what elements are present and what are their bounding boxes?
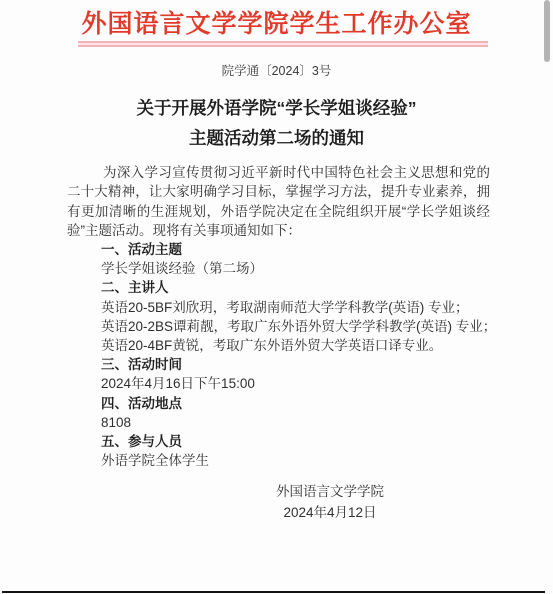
signature-org: 外国语言文学学院 (240, 481, 420, 502)
speaker-line-2: 英语20-2BS谭莉靓，考取广东外语外贸大学学科教学(英语) 专业； (101, 317, 501, 336)
speaker-line-3: 英语20-4BF黄锐，考取广东外语外贸大学英语口译专业。 (101, 336, 501, 355)
office-header-title: 外国语言文学学院学生工作办公室 (0, 8, 553, 41)
section-heading-participants: 五、参与人员 (101, 432, 501, 451)
section-location-content: 8108 (101, 413, 501, 432)
scrollbar-thumb[interactable] (544, 0, 550, 62)
speaker-line-1: 英语20-5BF刘欣玥，考取湖南师范大学学科教学(英语) 专业； (101, 298, 501, 317)
document-number: 院学通〔2024〕3号 (0, 62, 553, 80)
signature-block: 外国语言文学学院 2024年4月12日 (240, 481, 420, 523)
notice-title-line2: 主题活动第二场的通知 (0, 123, 553, 153)
signature-date: 2024年4月12日 (240, 502, 420, 523)
section-time-content: 2024年4月16日下午15:00 (101, 374, 501, 393)
section-heading-theme: 一、活动主题 (101, 240, 501, 259)
section-participants-content: 外语学院全体学生 (101, 451, 501, 470)
notice-title-line1: 关于开展外语学院“学长学姐谈经验” (0, 93, 553, 123)
section-heading-location: 四、活动地点 (101, 394, 501, 413)
notice-document-page: 外国语言文学学院学生工作办公室 院学通〔2024〕3号 关于开展外语学院“学长学… (0, 0, 553, 594)
header-divider (78, 41, 488, 47)
section-heading-speakers: 二、主讲人 (101, 278, 501, 297)
section-heading-time: 三、活动时间 (101, 355, 501, 374)
notice-title: 关于开展外语学院“学长学姐谈经验” 主题活动第二场的通知 (0, 93, 553, 153)
section-theme-content: 学长学姐谈经验（第二场） (101, 259, 501, 278)
section-list: 一、活动主题 学长学姐谈经验（第二场） 二、主讲人 英语20-5BF刘欣玥，考取… (101, 240, 501, 470)
bottom-rule (2, 591, 545, 594)
intro-paragraph: 为深入学习宣传贯彻习近平新时代中国特色社会主义思想和党的二十大精神，让大家明确学… (67, 163, 490, 241)
